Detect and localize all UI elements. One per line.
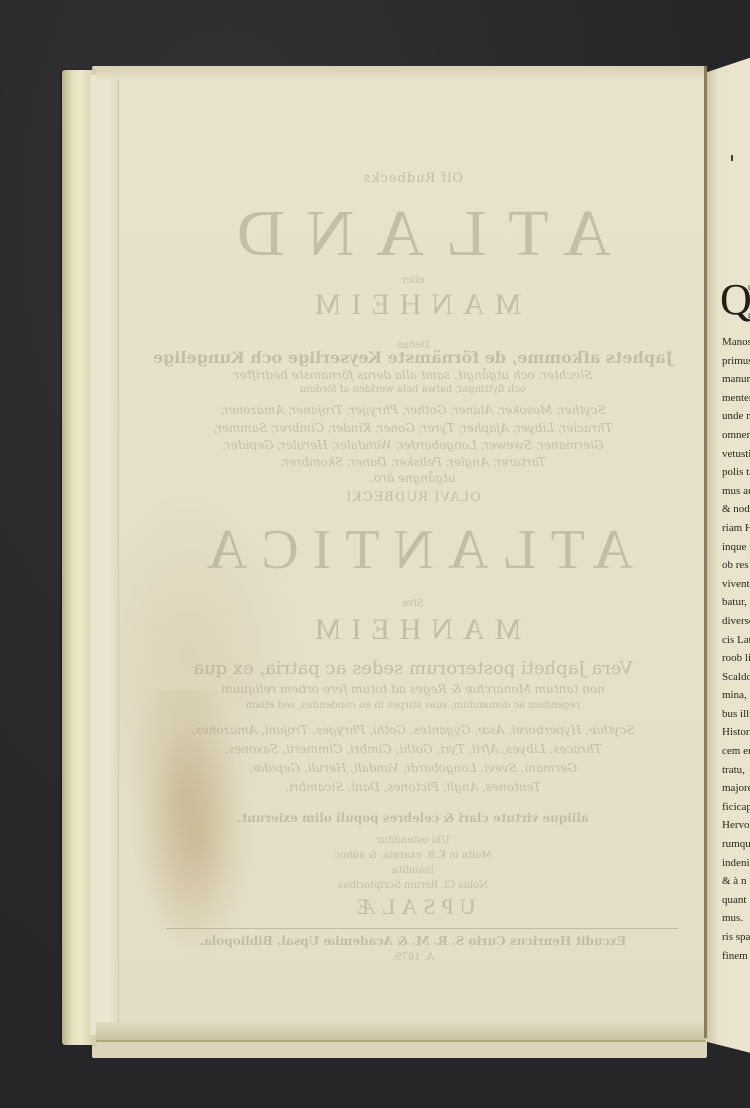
text-line: cem em: [722, 742, 750, 761]
drop-cap: Q: [720, 278, 750, 322]
text-line: vetustissi: [722, 445, 750, 464]
text-line: finem: [722, 947, 750, 966]
text-line: batur, t: [722, 593, 750, 612]
text-line: tratu,: [722, 761, 750, 780]
ghost-line: Thraces, Libyes, Afrii, Tyri, Gothi, Cim…: [118, 742, 708, 756]
text-line: Manos e: [722, 333, 750, 352]
text-line: & à n: [722, 872, 750, 891]
ghost-line: Ubi ostenditur: [118, 835, 708, 846]
text-line: vivente A: [722, 575, 750, 594]
ghost-line: non tantum Monarchæ & Reges ad totum fer…: [118, 682, 708, 696]
ghost-line: Thracier, Libyer, Ajapher, Tyrer, Goner,…: [118, 421, 708, 435]
ghost-line: Japhets afkomme, de förnämste Keyserlige…: [118, 348, 708, 367]
ghost-author: Olf Rudbecks: [118, 171, 708, 186]
ghost-title-manheim: MANHEIM: [118, 288, 708, 322]
text-line: rumqu: [722, 835, 750, 854]
text-line: ficicap: [722, 798, 750, 817]
text-line: diversos: [722, 612, 750, 631]
ink-speck: [731, 155, 733, 161]
gutter-fold: [704, 66, 707, 1038]
ghost-line: Scyther, Mosoker, Alaner, Gother, Phryge…: [118, 403, 708, 417]
ghost-imprint-year: A. 1679.: [118, 952, 708, 963]
text-line: inque pa: [722, 538, 750, 557]
ghost-line: Germani, Svevi, Longobardi, Vandali, Her…: [118, 761, 708, 775]
ghost-line: Vera Japheti posterorum sedes ac patria,…: [118, 658, 708, 679]
ghost-line: Multa in K.B. exarata, & adhuc: [118, 850, 708, 861]
text-line: bus illu: [722, 705, 750, 724]
text-line: roob lin: [722, 649, 750, 668]
text-line: Scaldor: [722, 668, 750, 687]
text-line: Hervor: [722, 816, 750, 835]
text-line: mus.: [722, 909, 750, 928]
ghost-line: inaudita: [118, 865, 708, 876]
ghost-title-atland: ATLAND: [118, 196, 708, 272]
text-line: mus aut: [722, 482, 750, 501]
right-page-text: Manos e primus a manum c menter c unde n…: [722, 333, 750, 965]
ghost-line: Slechter, och utgångit, samt alla deras …: [118, 368, 708, 382]
ghost-line: regendum ac domandum, suas stirpes in eo…: [118, 700, 708, 711]
text-line: ris spa: [722, 928, 750, 947]
text-line: unde nol: [722, 407, 750, 426]
text-line: & nodu: [722, 500, 750, 519]
text-line: cis Latin: [722, 631, 750, 650]
text-line: manum c: [722, 370, 750, 389]
text-line: quant: [722, 891, 750, 910]
ghost-line: aliique virtute clari & celebres populi …: [118, 811, 708, 825]
flyleaf-edge: [90, 75, 120, 1035]
ghost-line: och flyttingar, hafwa hela werlden af fö…: [118, 384, 708, 395]
ghost-line: Giermaner, Swewer, Longobarder, Wandaler…: [118, 438, 708, 452]
ghost-imprint-city: UPSALÆ: [118, 894, 708, 920]
ghost-line: Sive: [118, 598, 708, 609]
text-line: mina,: [722, 686, 750, 705]
ghost-line: Tartarer, Angler, Pelisker, Daner, Skomb…: [118, 455, 708, 469]
bleed-through-text: Olf Rudbecks ATLAND eller MANHEIM Dedan …: [118, 78, 708, 1022]
ghost-line: eller: [118, 275, 708, 286]
ghost-line: Nobis Cl. Rerum Scriptoribus: [118, 880, 708, 891]
text-line: ob res in: [722, 556, 750, 575]
ghost-line: Scythæ, Hyperborei, Asæ, Gygantes, Gothi…: [118, 723, 708, 737]
text-line: Historia: [722, 723, 750, 742]
ghost-line: Teutones, Angli, Pictones, Dani, Sicambr…: [118, 780, 708, 794]
text-line: indeni: [722, 854, 750, 873]
text-line: riam He: [722, 519, 750, 538]
ghost-line: utgångne äro.: [118, 471, 708, 485]
ghost-imprint-printer: Excudit Henricus Curio S. R. M. & Academ…: [118, 934, 708, 948]
ghost-author-latin: OLAVI RUDBECKI: [118, 490, 708, 505]
text-line: majore: [722, 779, 750, 798]
text-line: menter c: [722, 389, 750, 408]
ghost-rule: [166, 928, 678, 929]
ghost-title-manheim-latin: MANHEIM: [118, 613, 708, 647]
text-line: polis tan: [722, 463, 750, 482]
page-edge-bottom: [96, 1022, 706, 1042]
text-line: primus a: [722, 352, 750, 371]
text-line: omnem v: [722, 426, 750, 445]
ghost-title-atlantica: ATLANTICA: [118, 518, 708, 582]
